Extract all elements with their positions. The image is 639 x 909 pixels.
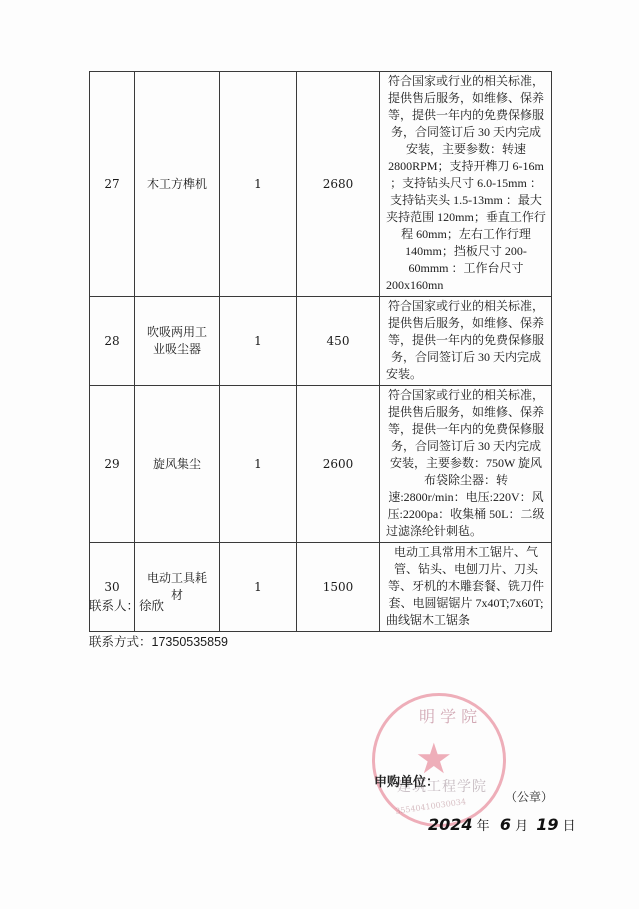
seal-top-text: 明 学 院 <box>419 704 477 727</box>
official-seal: 明 学 院 ★ 建筑工程学院 35540410030034 <box>372 693 506 827</box>
item-price: 450 <box>297 297 380 386</box>
table-row: 29 旋风集尘 1 2600 符合国家或行业的相关标准，提供售后服务，如维修、保… <box>90 386 552 543</box>
contact-phone-value: 17350535859 <box>152 635 228 649</box>
item-number: 28 <box>90 297 135 386</box>
item-quantity: 1 <box>220 72 297 297</box>
contact-phone: 联系方式：17350535859 <box>89 632 228 650</box>
date-day-unit: 日 <box>563 819 576 834</box>
item-price: 1500 <box>297 543 380 632</box>
item-name: 电动工具耗材 <box>135 543 220 632</box>
table-row: 28 吹吸两用工业吸尘器 1 450 符合国家或行业的相关标准，提供售后服务，如… <box>90 297 552 386</box>
item-quantity: 1 <box>220 386 297 543</box>
document-page: 27 木工方榫机 1 2680 符合国家或行业的相关标准，提供售后服务，如维修、… <box>0 0 639 909</box>
table-row: 30 电动工具耗材 1 1500 电动工具常用木工锯片、气管、钻头、电刨刀片、刀… <box>90 543 552 632</box>
item-price: 2600 <box>297 386 380 543</box>
date-month: 6 <box>500 815 511 834</box>
contact-person: 联系人：徐欣 <box>89 596 164 614</box>
item-number: 30 <box>90 543 135 632</box>
item-name: 吹吸两用工业吸尘器 <box>135 297 220 386</box>
contact-phone-label: 联系方式： <box>89 635 152 649</box>
procurement-table: 27 木工方榫机 1 2680 符合国家或行业的相关标准，提供售后服务，如维修、… <box>89 71 552 632</box>
item-number: 29 <box>90 386 135 543</box>
item-description: 符合国家或行业的相关标准，提供售后服务，如维修、保养等，提供一年内的免费保修服务… <box>380 297 552 386</box>
item-quantity: 1 <box>220 543 297 632</box>
date-month-unit: 月 <box>515 819 528 834</box>
buyer-label: 申购单位： <box>374 771 439 790</box>
date-day: 19 <box>536 815 558 834</box>
item-description: 符合国家或行业的相关标准，提供售后服务，如维修、保养等，提供一年内的免费保修服务… <box>380 72 552 297</box>
item-description: 符合国家或行业的相关标准，提供售后服务，如维修、保养等，提供一年内的免费保修服务… <box>380 386 552 543</box>
item-name: 木工方榫机 <box>135 72 220 297</box>
contact-person-label: 联系人： <box>89 599 139 613</box>
item-description: 电动工具常用木工锯片、气管、钻头、电刨刀片、刀头等、牙机的木雕套餐、铣刀件套、电… <box>380 543 552 632</box>
sign-date: 2024 年 6 月 19 日 <box>428 815 576 834</box>
date-year-unit: 年 <box>477 819 490 834</box>
seal-label: （公章） <box>505 788 553 805</box>
date-year: 2024 <box>428 815 473 834</box>
item-quantity: 1 <box>220 297 297 386</box>
item-price: 2680 <box>297 72 380 297</box>
item-name: 旋风集尘 <box>135 386 220 543</box>
seal-code: 35540410030034 <box>395 797 467 816</box>
table-row: 27 木工方榫机 1 2680 符合国家或行业的相关标准，提供售后服务，如维修、… <box>90 72 552 297</box>
contact-person-value: 徐欣 <box>139 599 164 613</box>
item-number: 27 <box>90 72 135 297</box>
